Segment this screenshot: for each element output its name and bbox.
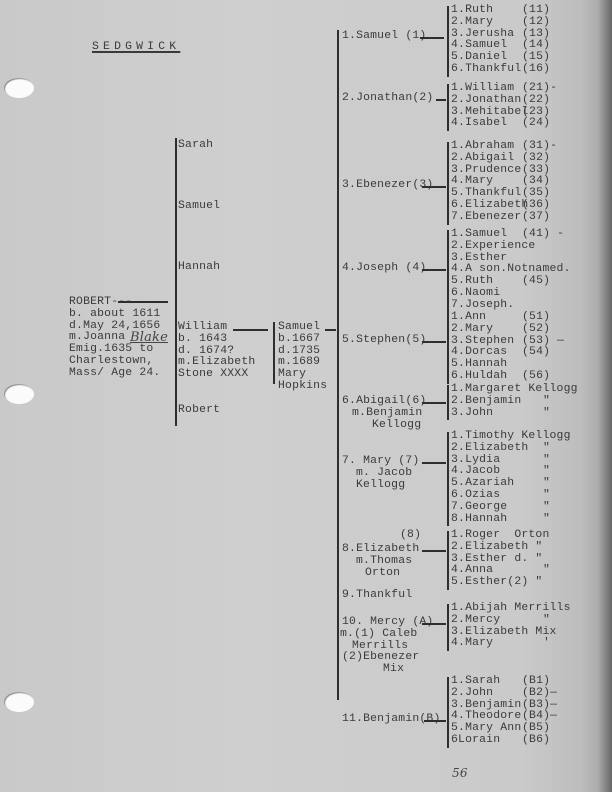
parent-4: 4.Joseph (4) <box>342 263 426 275</box>
spouse-line: (2)Ebenezer <box>342 652 419 664</box>
progenitor-line: Mass/ Age 24. <box>69 368 160 380</box>
spouse-line: m. Jacob <box>356 468 412 480</box>
child-entry: 2.Abigail <box>451 153 514 165</box>
child-code: " <box>543 615 550 627</box>
punch-hole <box>4 384 34 404</box>
connector <box>422 269 446 271</box>
child-code: (54) <box>522 347 550 359</box>
progenitor-line: b. about 1611 <box>69 309 160 321</box>
child-entry: 7.Ebenezer <box>451 212 521 224</box>
william-line: Stone XXXX <box>178 369 248 381</box>
child-code: " <box>543 396 550 408</box>
handwritten-page-number: 56 <box>452 768 468 780</box>
genealogy-page: SEDGWICK ROBERT---b. about 1611d.May 24,… <box>0 0 612 792</box>
child-entry: 2.Experience <box>451 241 535 253</box>
child-code: " <box>543 443 550 455</box>
parent-1: 1.Samuel (1) <box>342 31 426 43</box>
connector <box>233 329 268 331</box>
child-entry: 6Lorain <box>451 735 500 747</box>
child-entry: 6.Thankful <box>451 64 521 76</box>
child-code: (12) <box>522 17 550 29</box>
child-entry: 2.Benjamin <box>451 396 521 408</box>
connector <box>420 37 444 39</box>
spouse-line: m.Benjamin <box>352 408 422 420</box>
child-entry: 2.Elizabeth <box>451 443 528 455</box>
parent-9: 9.Thankful <box>342 590 412 602</box>
connector <box>422 462 446 464</box>
bracket-line <box>447 6 449 77</box>
handwritten-spouse-name: Blake <box>130 332 168 344</box>
bracket-line <box>447 531 449 590</box>
child-code: (16) <box>522 64 550 76</box>
spouse-line: m.Thomas <box>356 556 412 568</box>
parent-5: 5.Stephen(5) <box>342 335 426 347</box>
parent-2: 2.Jonathan(2) <box>342 93 433 105</box>
child-code: (37) <box>522 212 550 224</box>
bracket-line <box>447 385 449 420</box>
connector <box>422 186 446 188</box>
spouse-line: Kellogg <box>356 480 405 492</box>
child-sarah: Sarah <box>178 140 213 152</box>
connector <box>325 329 336 331</box>
bracket-line <box>447 677 449 748</box>
child-entry: 7.George <box>451 502 507 514</box>
bracket-line <box>447 432 449 526</box>
page-title: SEDGWICK <box>92 42 180 54</box>
generation3-bracket <box>273 322 275 384</box>
generation2-bracket <box>175 138 177 426</box>
william-line: b. 1643 <box>178 334 227 346</box>
connector <box>436 99 446 101</box>
child-code: (B6) <box>522 735 550 747</box>
child-entry: 2.Mary <box>451 324 493 336</box>
spouse-line: m.(1) Caleb <box>340 629 417 641</box>
bracket-line <box>447 142 449 225</box>
child-entry: 2.Mercy <box>451 615 500 627</box>
note: (8) <box>400 530 421 542</box>
child-code: (24) <box>522 118 550 130</box>
connector <box>424 720 446 722</box>
spouse-line: Orton <box>365 568 400 580</box>
child-code: " <box>543 565 550 577</box>
bracket-line <box>447 230 449 313</box>
child-code: (32) <box>522 153 550 165</box>
child-entry: 2.Elizabeth " <box>451 542 542 554</box>
bracket-line <box>447 84 449 131</box>
child-code: (52) <box>522 324 550 336</box>
punch-hole <box>4 692 34 712</box>
child-code: " <box>543 502 550 514</box>
child-code: ' <box>543 638 550 650</box>
connector <box>422 402 446 404</box>
spouse-line: Mix <box>383 664 404 676</box>
connector <box>422 550 446 552</box>
bracket-line <box>447 313 449 384</box>
child-entry: 3.John <box>451 408 493 420</box>
child-entry: 5.Esther(2) " <box>451 577 542 589</box>
child-entry: 4.Mary <box>451 638 493 650</box>
child-entry: 7.Joseph. <box>451 300 514 312</box>
child-entry: 4.Isabel <box>451 118 507 130</box>
punch-hole <box>4 78 34 98</box>
child-entry: 6.Huldah <box>451 371 507 383</box>
spouse-line: Kellogg <box>372 420 421 432</box>
page-edge-shadow <box>598 0 612 792</box>
bracket-line <box>447 604 449 651</box>
child-entry: 8.Hannah <box>451 514 507 526</box>
samuel-line: Hopkins <box>278 381 327 393</box>
child-entry: 2.Jonathan <box>451 95 521 107</box>
generation4-bracket <box>337 30 339 700</box>
child-samuel: Samuel <box>178 201 220 213</box>
child-hannah: Hannah <box>178 262 220 274</box>
child-robert: Robert <box>178 405 220 417</box>
child-entry: 2.John <box>451 688 493 700</box>
child-code: " <box>543 514 550 526</box>
child-code: (56) <box>522 371 550 383</box>
connector <box>422 623 446 625</box>
child-code: (B2)— <box>522 688 557 700</box>
child-code: (45) <box>522 276 550 288</box>
child-code: " <box>543 408 550 420</box>
connector <box>422 341 446 343</box>
child-code: (22) <box>522 95 550 107</box>
parent-3: 3.Ebenezer(3) <box>342 180 433 192</box>
samuel-line: b.1667 <box>278 334 320 346</box>
child-entry: 2.Mary <box>451 17 493 29</box>
connector <box>118 301 168 303</box>
